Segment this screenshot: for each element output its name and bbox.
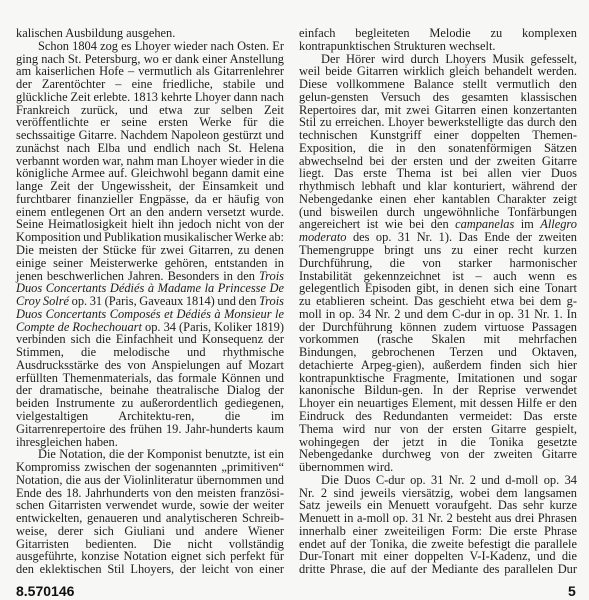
page-number: 5 [568, 583, 576, 599]
right-text-column: einfach begleiteten Melodie zu komplexen… [299, 27, 577, 576]
catalog-number: 8.570146 [16, 583, 74, 599]
text-line: den eklektischen Stil Lhoyers, der leich… [16, 563, 284, 576]
text-line: dritte Phrase, die auf der Mediante des … [299, 563, 577, 576]
text-run: dritte Phrase, die auf der Mediante des … [299, 562, 577, 576]
left-text-column: kalischen Ausbildung ausgehen.Schon 1804… [16, 27, 284, 576]
text-run: den eklektischen Stil Lhoyers, der leich… [16, 562, 284, 576]
